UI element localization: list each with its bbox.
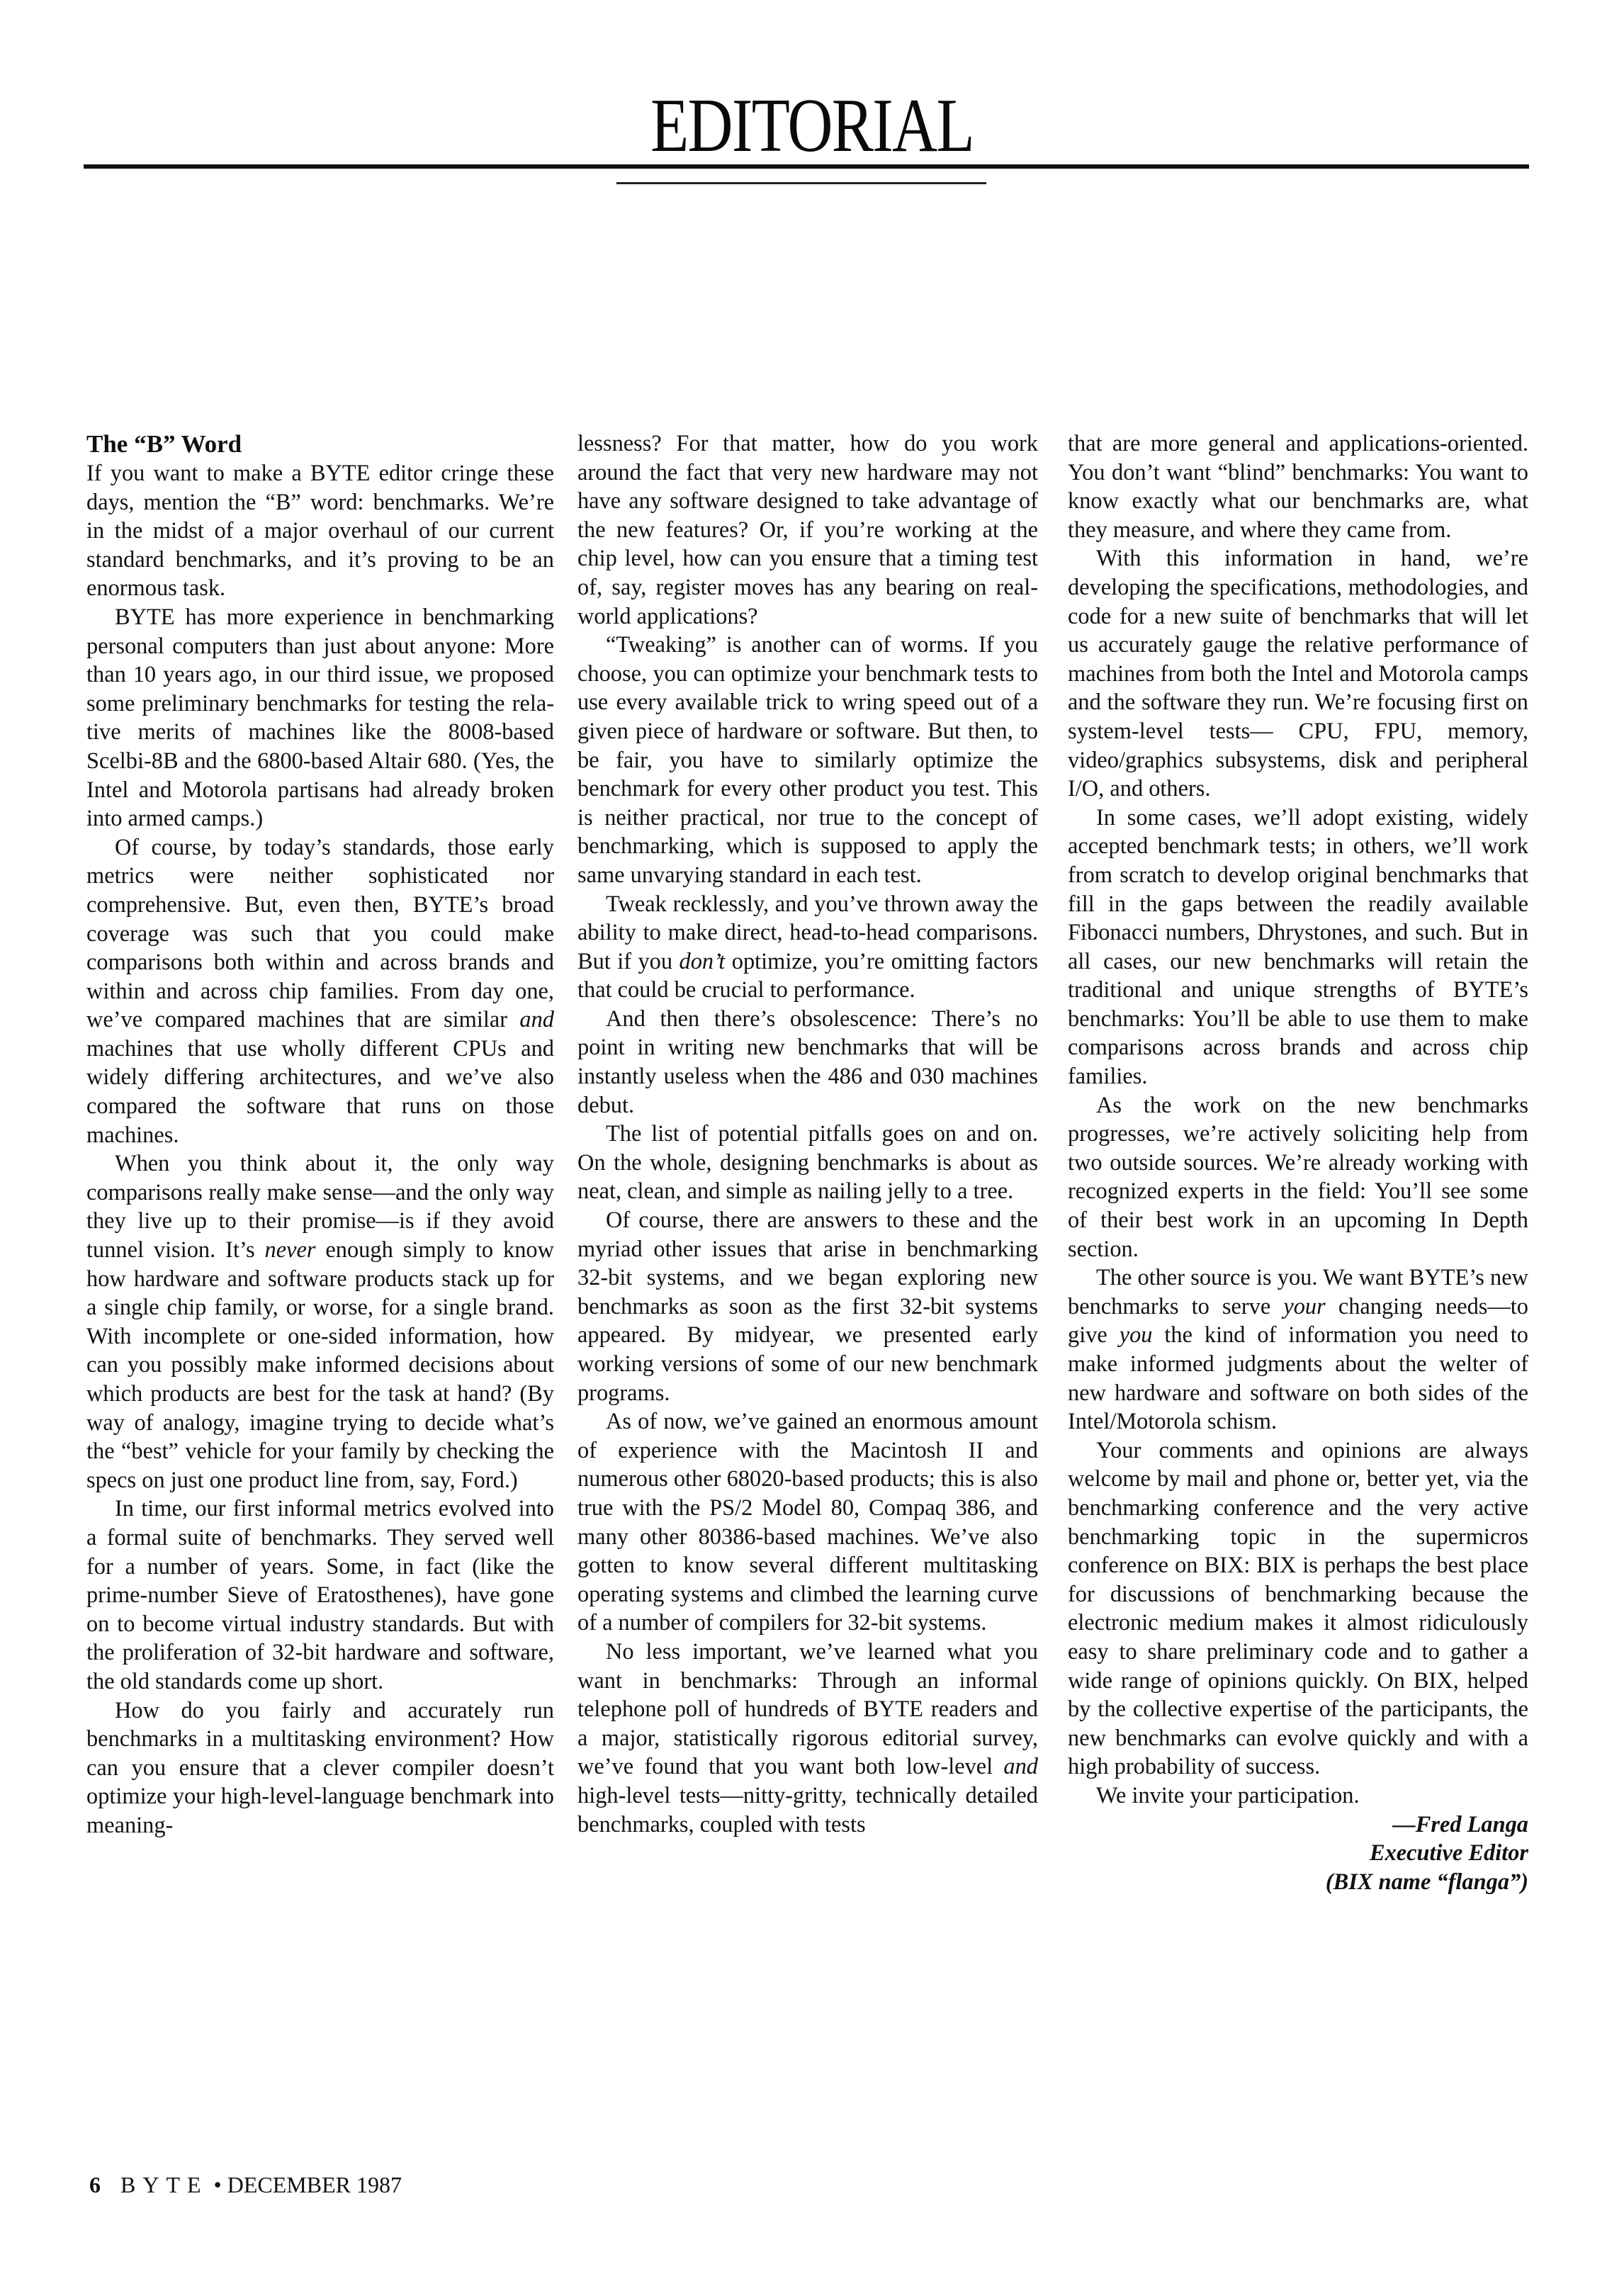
paragraph: As of now, we’ve gained an enormous amou… — [577, 1407, 1038, 1638]
paragraph: Tweak recklessly, and you’ve thrown away… — [577, 890, 1038, 1005]
paragraph: “Tweaking” is another can of worms. If y… — [577, 631, 1038, 889]
paragraph: In some cases, we’ll adopt existing, wid… — [1068, 804, 1528, 1091]
paragraph: No less important, we’ve learned what yo… — [577, 1638, 1038, 1839]
paragraph-text: high-level tests—nitty-gritty, technical… — [577, 1783, 1038, 1837]
paragraph-text: No less important, we’ve learned what yo… — [577, 1639, 1038, 1779]
paragraph: lessness? For that matter, how do you wo… — [577, 429, 1038, 631]
masthead-rule-thin — [616, 182, 986, 184]
paragraph-text: In some cases, we’ll adopt existing, wid… — [1068, 805, 1528, 1089]
paragraph-text: We invite your participation. — [1096, 1783, 1360, 1808]
section-title: EDITORIAL — [146, 88, 1477, 164]
signature-slot: —Fred LangaExecutive Editor(BIX name “fl… — [1068, 1811, 1528, 1897]
emphasis-text: you — [1120, 1322, 1153, 1348]
paragraph-text: How do you fairly and accurately run ben… — [86, 1698, 554, 1838]
footer-separator: • — [214, 2172, 222, 2197]
paragraph: When you think about it, the only way co… — [86, 1149, 554, 1494]
paragraph-text: And then there’s obsolescence: There’s n… — [577, 1006, 1038, 1118]
paragraph-text: lessness? For that matter, how do you wo… — [577, 431, 1038, 629]
paragraph: Of course, there are answers to these an… — [577, 1206, 1038, 1407]
paragraph: If you want to make a BYTE editor cringe… — [86, 459, 554, 603]
paragraph: In time, our first informal metrics evol… — [86, 1494, 554, 1696]
paragraph-text: Of course, by today’s standards, those e… — [86, 835, 554, 1033]
emphasis-text: don’t — [680, 949, 726, 974]
emphasis-text: and — [519, 1007, 554, 1032]
paragraph: The other source is you. We want BYTE’s … — [1068, 1263, 1528, 1436]
paragraph-text: ma­chines that use wholly different CPUs… — [86, 1036, 554, 1148]
paragraph-text: enough simply to know how hardware and s… — [86, 1237, 554, 1493]
paragraph: Your comments and opinions are al­ways w… — [1068, 1436, 1528, 1781]
masthead: EDITORIAL — [0, 0, 1624, 191]
paragraph: Of course, by today’s standards, those e… — [86, 833, 554, 1150]
emphasis-text: your — [1283, 1294, 1325, 1319]
paragraph-text: “Tweaking” is another can of worms. If y… — [577, 632, 1038, 888]
paragraph-text: In time, our first informal metrics evol… — [86, 1496, 554, 1694]
column-2: lessness? For that matter, how do you wo… — [577, 429, 1038, 1839]
emphasis-text: and — [1003, 1754, 1038, 1779]
masthead-rule-thick — [84, 164, 1529, 169]
paragraph-text: BYTE has more experience in bench­markin… — [86, 604, 554, 831]
signature-name: —Fred Langa — [1068, 1811, 1528, 1840]
paragraph: As the work on the new benchmarks progre… — [1068, 1091, 1528, 1264]
paragraph: The list of potential pitfalls goes on a… — [577, 1120, 1038, 1206]
paragraph-text: As the work on the new benchmarks progre… — [1068, 1093, 1528, 1262]
paragraph: And then there’s obsolescence: There’s n… — [577, 1005, 1038, 1120]
paragraph-text: The list of potential pitfalls goes on a… — [577, 1121, 1038, 1204]
column-3: that are more general and applications-o… — [1068, 429, 1528, 1896]
paragraph-text: With this information in hand, we’re dev… — [1068, 546, 1528, 801]
issue-date: DECEMBER 1987 — [227, 2172, 402, 2197]
signature-title: Executive Editor — [1068, 1839, 1528, 1868]
paragraph-text: Your comments and opinions are al­ways w… — [1068, 1438, 1528, 1780]
emphasis-text: never — [265, 1237, 316, 1263]
page-footer: 6BYTE • DECEMBER 1987 — [89, 2172, 402, 2197]
magazine-name: BYTE — [120, 2172, 208, 2197]
paragraph-text: that are more general and applications-o… — [1068, 431, 1528, 543]
paragraph-text: If you want to make a BYTE editor cringe… — [86, 461, 554, 601]
paragraph: With this information in hand, we’re dev… — [1068, 544, 1528, 803]
signature-bix: (BIX name “flanga”) — [1068, 1868, 1528, 1897]
paragraph: that are more general and applications-o… — [1068, 429, 1528, 544]
paragraph-text: Of course, there are answers to these an… — [577, 1207, 1038, 1406]
column-1: The “B” Word If you want to make a BYTE … — [86, 429, 554, 1840]
page-number: 6 — [89, 2172, 101, 2197]
paragraph: How do you fairly and accurately run ben… — [86, 1696, 554, 1840]
paragraph-text: As of now, we’ve gained an enormous amou… — [577, 1409, 1038, 1635]
paragraph: We invite your participation. — [1068, 1781, 1528, 1811]
paragraph: BYTE has more experience in bench­markin… — [86, 603, 554, 833]
article-heading: The “B” Word — [86, 429, 554, 459]
